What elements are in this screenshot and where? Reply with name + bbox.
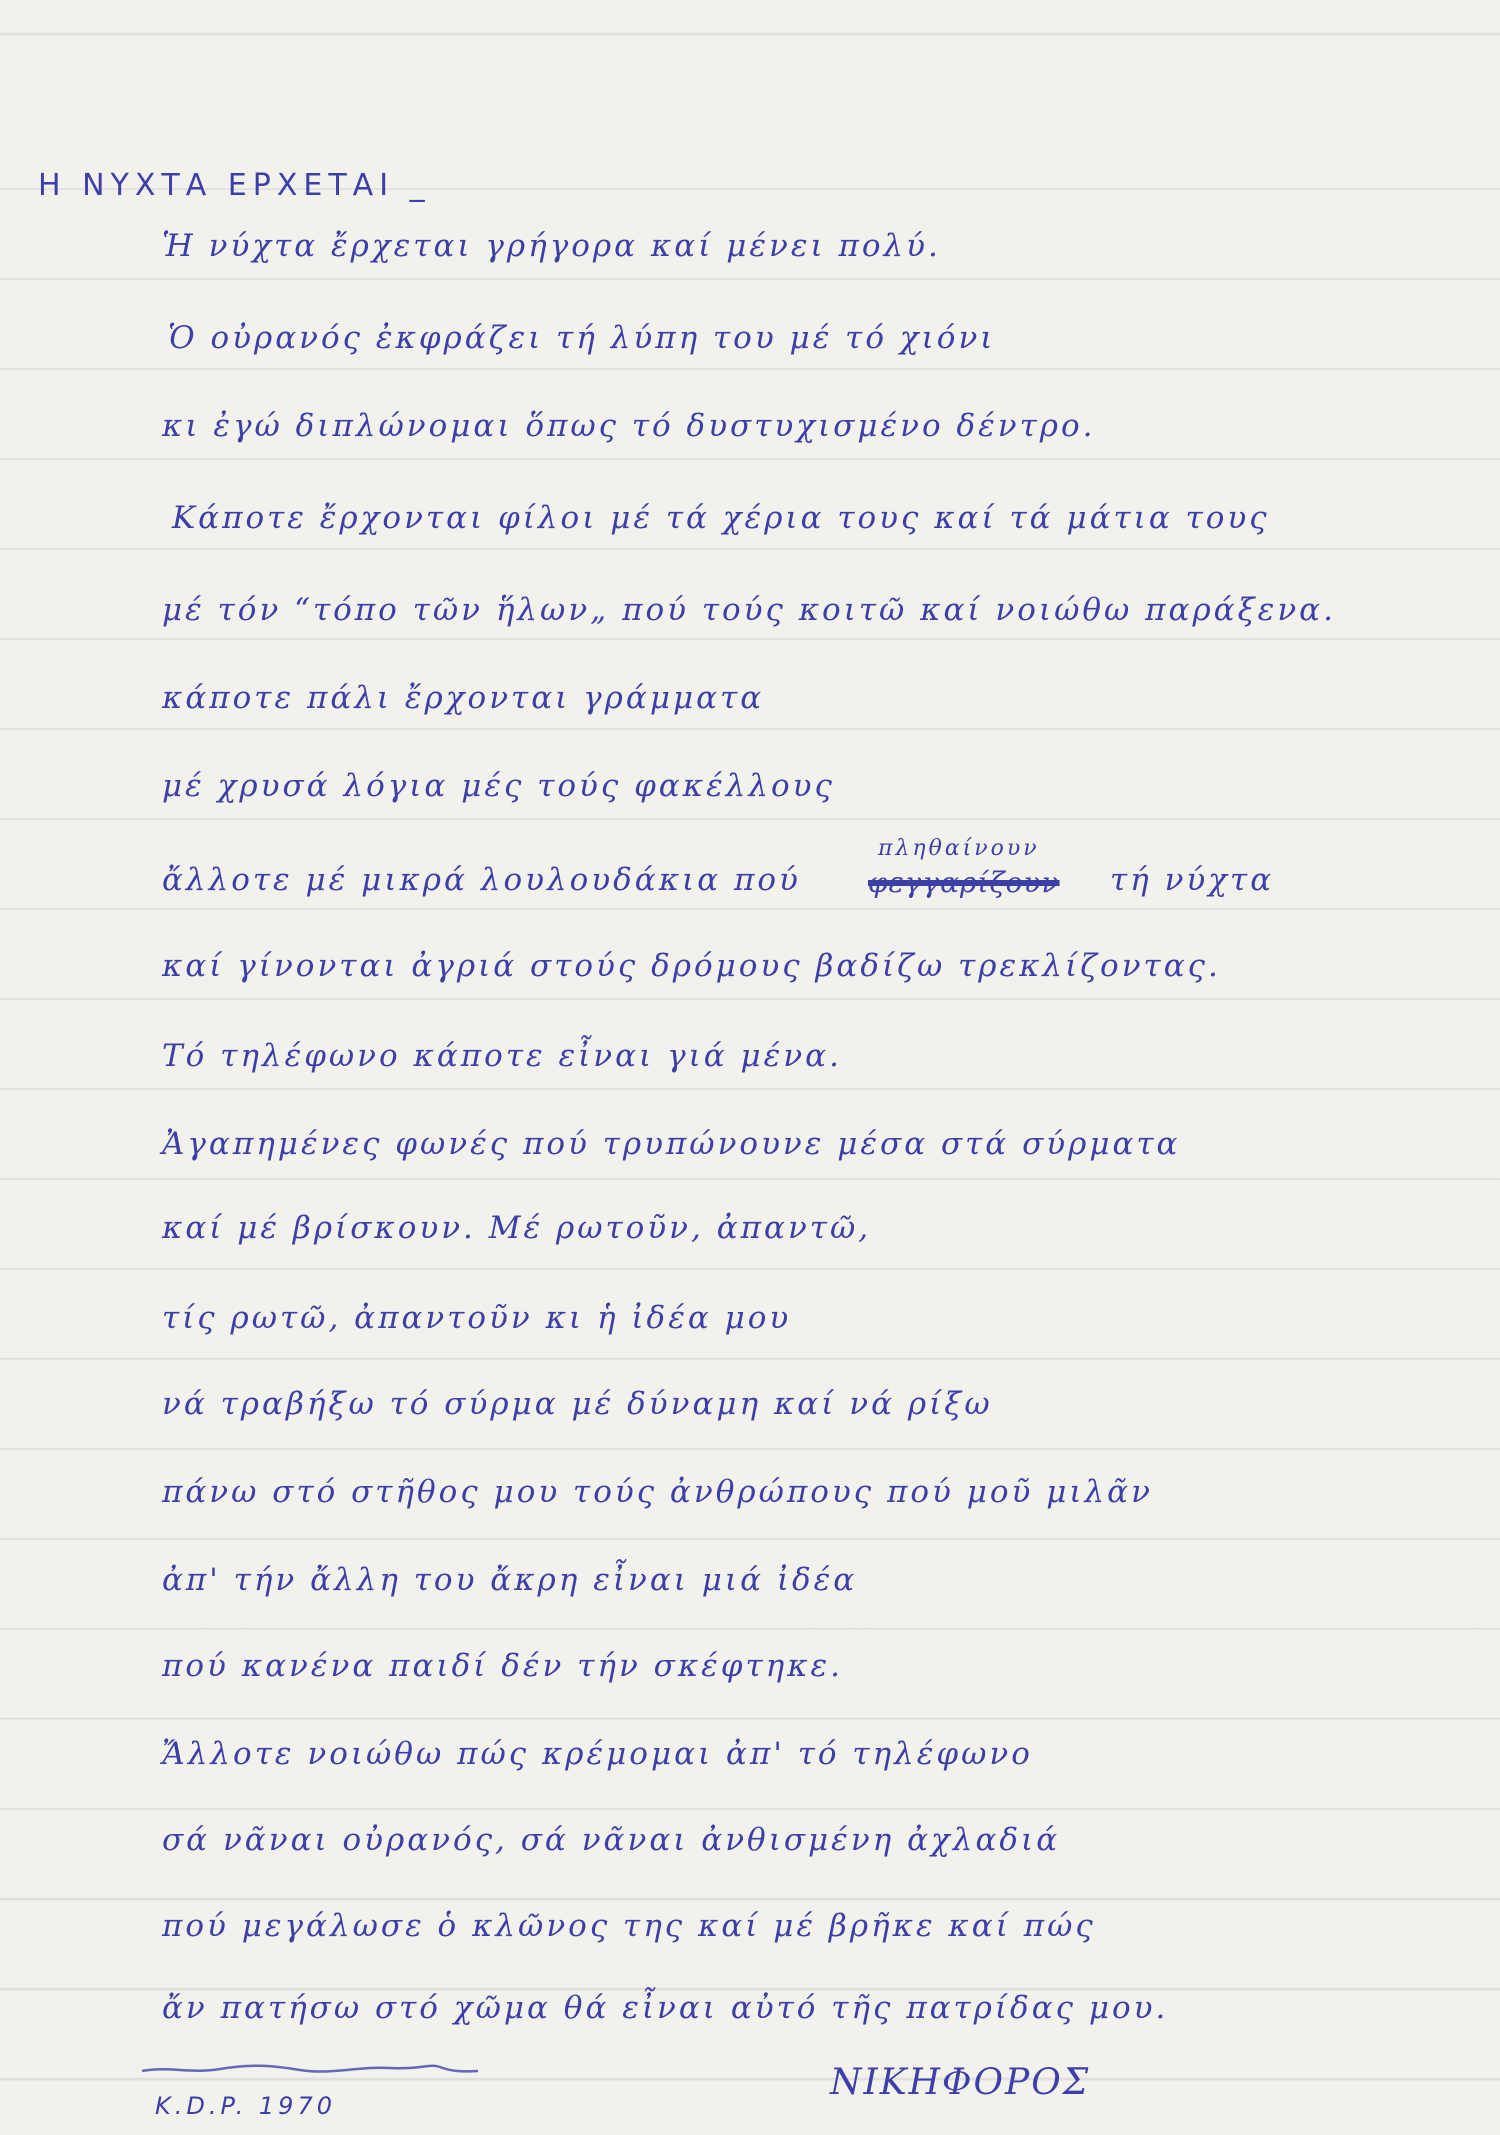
- poem-line-21: ἄν πατήσω στό χῶμα θά εἶναι αὐτό τῆς πατ…: [162, 1990, 1168, 2026]
- date-line: K.D.P. 1970: [155, 2092, 336, 2120]
- poem-line-13: τίς ρωτῶ, ἀπαντοῦν κι ἡ ἰδέα μου: [162, 1300, 791, 1336]
- poem-line-12: καί μέ βρίσκουν. Μέ ρωτοῦν, ἀπαντῶ,: [162, 1210, 871, 1246]
- poem-line-2: Ὁ οὐρανός ἐκφράζει τή λύπη του μέ τό χιό…: [168, 320, 995, 356]
- poem-line-10: Τό τηλέφωνο κάποτε εἶναι γιά μένα.: [162, 1038, 842, 1074]
- poem-line-19: σά νᾶναι οὐρανός, σά νᾶναι ἀνθισμένη ἀχλ…: [162, 1822, 1060, 1858]
- poem-line-5: μέ τόν “τόπο τῶν ἥλων„ πού τούς κοιτῶ κα…: [162, 592, 1336, 628]
- poem-line-16: ἀπ' τήν ἄλλη του ἄκρη εἶναι μιά ἰδέα: [162, 1562, 857, 1598]
- poem-line-8: ἄλλοτε μέ μικρά λουλουδάκια πού: [162, 862, 801, 898]
- poem-line-8-tail: τή νύχτα: [1110, 862, 1274, 898]
- poem-line-3: κι ἐγώ διπλώνομαι ὅπως τό δυστυχισμένο δ…: [162, 408, 1096, 444]
- poem-line-1: Ἡ νύχτα ἔρχεται γρήγορα καί μένει πολύ.: [162, 228, 941, 264]
- poem-line-4: Κάποτε ἔρχονται φίλοι μέ τά χέρια τους κ…: [172, 500, 1270, 536]
- poem-line-9: καί γίνονται ἀγριά στούς δρόμους βαδίζω …: [162, 948, 1221, 984]
- flourish-underline: [140, 2062, 480, 2076]
- inserted-word: πληθαίνουν: [878, 836, 1040, 861]
- poem-line-20: πού μεγάλωσε ὁ κλῶνος της καί μέ βρῆκε κ…: [162, 1908, 1096, 1944]
- author-signature: ΝΙΚΗΦΟΡΟΣ: [830, 2062, 1090, 2103]
- poem-line-11: Ἀγαπημένες φωνές πού τρυπώνουνε μέσα στά…: [162, 1126, 1180, 1162]
- poem-line-17: πού κανένα παιδί δέν τήν σκέφτηκε.: [162, 1648, 843, 1684]
- poem-line-15: πάνω στό στῆθος μου τούς ἀνθρώπους πού μ…: [162, 1474, 1153, 1510]
- poem-title: Η ΝΥΧΤΑ ΕΡΧΕΤΑΙ _: [38, 168, 431, 203]
- poem-line-6: κάποτε πάλι ἔρχονται γράμματα: [162, 680, 764, 716]
- struck-word: φεγγαρίζουν: [868, 866, 1060, 899]
- poem-line-7: μέ χρυσά λόγια μές τούς φακέλλους: [162, 768, 835, 804]
- poem-line-14: νά τραβήξω τό σύρμα μέ δύναμη καί νά ρίξ…: [162, 1386, 993, 1422]
- poem-line-18: Ἄλλοτε νοιώθω πώς κρέμομαι ἀπ' τό τηλέφω…: [162, 1736, 1033, 1772]
